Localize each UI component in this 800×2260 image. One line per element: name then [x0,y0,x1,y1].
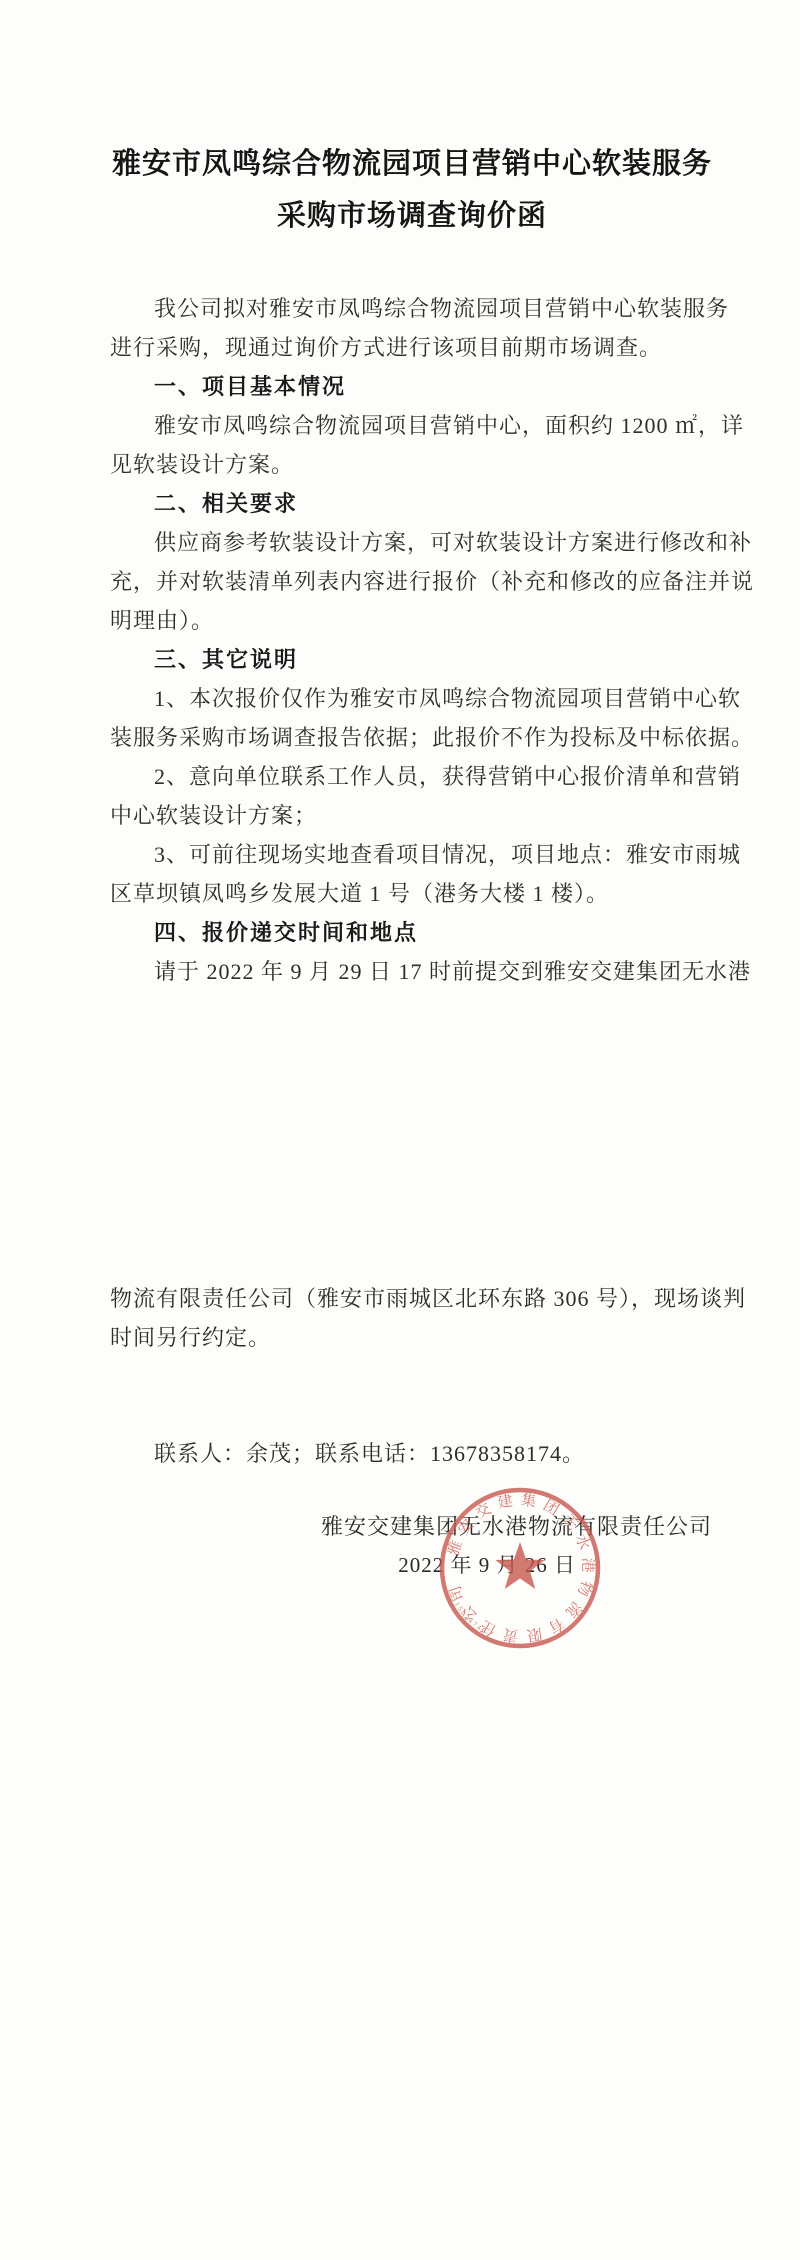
title-line-2: 采购市场调查询价函 [110,190,714,242]
document-title: 雅安市凤鸣综合物流园项目营销中心软装服务 采购市场调查询价函 [110,138,714,242]
contact-line: 联系人：余茂；联系电话：13678358174。 [110,1434,714,1473]
document-line: 时间另行约定。 [110,1318,714,1357]
document-line: 明理由）。 [110,601,714,640]
document-line: 请于 2022 年 9 月 29 日 17 时前提交到雅安交建集团无水港 [110,952,714,991]
document-line: 3、可前往现场实地查看项目情况，项目地点：雅安市雨城 [110,835,714,874]
document-line: 区草坝镇凤鸣乡发展大道 1 号（港务大楼 1 楼）。 [110,874,714,913]
document-line: 装服务采购市场调查报告依据；此报价不作为投标及中标依据。 [110,718,714,757]
section-heading: 三、其它说明 [110,640,714,679]
document-line: 1、本次报价仅作为雅安市凤鸣综合物流园项目营销中心软 [110,679,714,718]
section-heading: 二、相关要求 [110,484,714,523]
document-line: 供应商参考软装设计方案，可对软装设计方案进行修改和补 [110,523,714,562]
seal-serial-number: 5115024746 [448,1592,489,1636]
section-heading: 四、报价递交时间和地点 [110,913,714,952]
document-line: 进行采购，现通过询价方式进行该项目前期市场调查。 [110,328,714,367]
document-body-continued: 物流有限责任公司（雅安市雨城区北环东路 306 号），现场谈判时间另行约定。 [110,1279,714,1357]
document-line: 我公司拟对雅安市凤鸣综合物流园项目营销中心软装服务 [110,289,714,328]
document-line: 雅安市凤鸣综合物流园项目营销中心，面积约 1200 ㎡，详 [110,406,714,445]
document-body: 我公司拟对雅安市凤鸣综合物流园项目营销中心软装服务进行采购，现通过询价方式进行该… [110,289,714,991]
signature-company: 雅安交建集团无水港物流有限责任公司 [321,1510,712,1544]
document-line: 见软装设计方案。 [110,445,714,484]
document-page: 雅安市凤鸣综合物流园项目营销中心软装服务 采购市场调查询价函 我公司拟对雅安市凤… [0,0,800,2260]
document-line: 充，并对软装清单列表内容进行报价（补充和修改的应备注并说 [110,562,714,601]
document-line: 2、意向单位联系工作人员，获得营销中心报价清单和营销 [110,757,714,796]
document-line: 中心软装设计方案； [110,796,714,835]
section-heading: 一、项目基本情况 [110,367,714,406]
signature-date: 2022 年 9 月 26 日 [398,1548,576,1582]
document-line: 物流有限责任公司（雅安市雨城区北环东路 306 号），现场谈判 [110,1279,714,1318]
title-line-1: 雅安市凤鸣综合物流园项目营销中心软装服务 [110,138,714,190]
